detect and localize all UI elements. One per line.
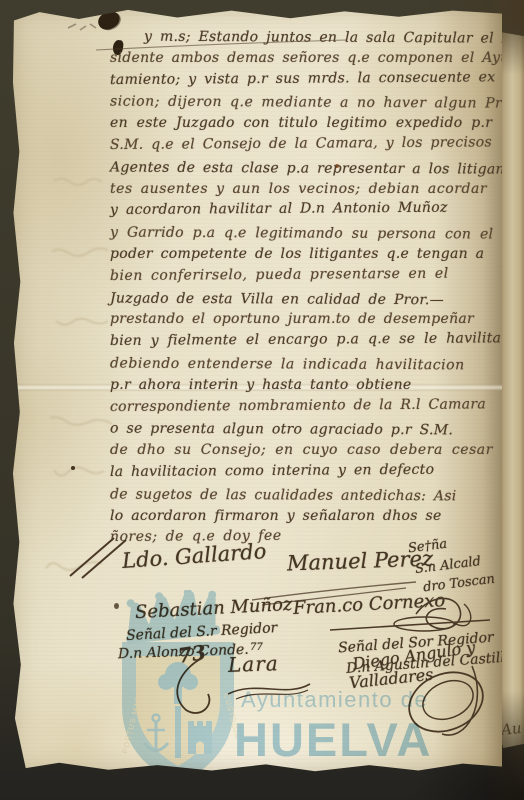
bleedthrough-mark	[54, 314, 110, 328]
bleedthrough-mark	[52, 174, 104, 188]
manuscript-line: sicion; dijeron q.e mediante a no haver …	[110, 94, 502, 118]
manuscript-line: bien conferirselo, pueda presentarse en …	[110, 265, 502, 290]
margin-note-senal: Se†ña	[407, 537, 448, 557]
bleedthrough-mark	[50, 242, 111, 260]
ink-speck	[114, 603, 119, 609]
signature-munoz: Sebastian Muñoz	[135, 594, 293, 623]
bleedthrough-mark	[48, 412, 115, 429]
next-page-text-fragment: Au	[500, 719, 522, 739]
slash-flourish	[68, 534, 130, 580]
rubric-tail	[160, 654, 222, 718]
pencil-marks	[66, 16, 100, 34]
manuscript-text: y m.s; Estando juntos en la sala Capitul…	[110, 28, 502, 551]
bleedthrough-mark	[52, 464, 106, 478]
manuscript-line: y Garrido p.a q.e legitimando su persona…	[110, 225, 502, 249]
manuscript-line: y m.s; Estando juntos en la sala Capitul…	[110, 29, 502, 53]
manuscript-line: debiendo entenderse la indicada havilita…	[110, 355, 502, 379]
manuscript-line: la havilitacion como interina y en defec…	[110, 461, 502, 486]
signature-lara: Lara	[228, 651, 280, 677]
angulo-rubric	[402, 654, 490, 752]
manuscript-line: S.M. q.e el Consejo de la Camara, y los …	[110, 134, 502, 159]
manuscript-line: sidente ambos demas señores q.e componen…	[110, 50, 502, 72]
manuscript-line: poder competente de los litigantes q.e t…	[110, 246, 502, 268]
manuscript-line: correspondiente nombramiento de la R.l C…	[110, 396, 502, 421]
lara-underline	[226, 676, 314, 702]
manuscript-line: de dho su Consejo; en cuyo caso debera c…	[110, 442, 502, 464]
manuscript-line: Agentes de esta clase p.a representar a …	[110, 159, 502, 183]
manuscript-line: Juzgado de esta Villa en calidad de Pror…	[110, 290, 502, 314]
scanned-manuscript: Au y m.s; Estando juntos en la sala Capi…	[0, 0, 524, 800]
shield-motto-left: PORTUS MARIS	[120, 685, 145, 754]
manuscript-line: tamiento; y vista p.r sus mrds. la conse…	[110, 69, 502, 94]
tower-icon	[188, 721, 212, 754]
manuscript-line: y acordaron havilitar al D.n Antonio Muñ…	[110, 200, 502, 225]
manuscript-line: de sugetos de las cualidades antedichas:…	[110, 486, 502, 510]
manuscript-line: p.r ahora interin y hasta tanto obtiene	[110, 377, 502, 399]
ink-speck	[71, 466, 75, 470]
anchor-icon	[144, 715, 168, 753]
manuscript-line: bien y fielmente el encargo p.a q.e se l…	[110, 330, 502, 355]
manuscript-paper: y m.s; Estando juntos en la sala Capitul…	[10, 6, 502, 772]
manuscript-line: o se presenta algun otro agraciado p.r S…	[110, 421, 502, 445]
